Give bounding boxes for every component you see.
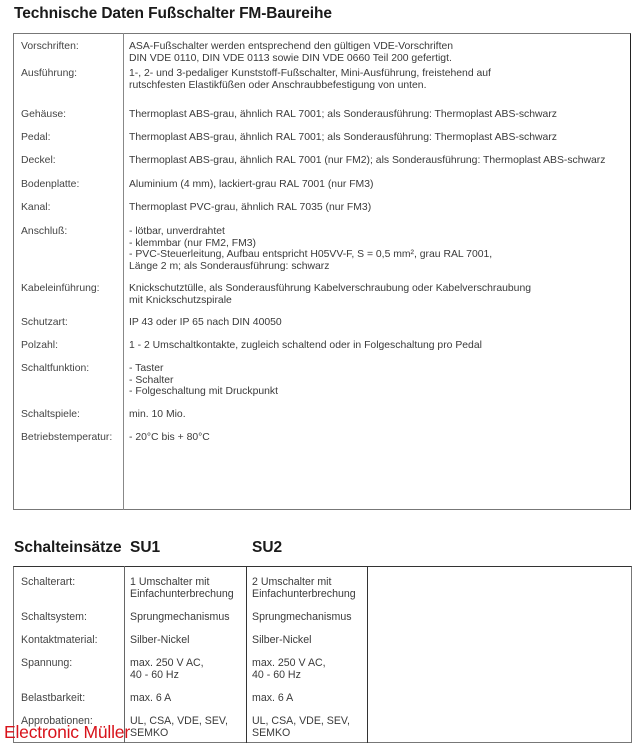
inserts-divider-1 [124,566,125,743]
spec-label: Betriebstemperatur: [21,432,112,444]
spec-value: Thermoplast PVC-grau, ähnlich RAL 7035 (… [129,202,629,214]
page-title: Technische Daten Fußschalter FM-Baureihe [14,5,332,23]
insert-su1-value: 1 Umschalter mit Einfachunterbrechung [130,577,245,600]
insert-su1-value: Silber-Nickel [130,635,245,647]
inserts-divider-2 [246,566,247,743]
spec-value: Thermoplast ABS-grau, ähnlich RAL 7001; … [129,132,629,144]
inserts-divider-3 [367,566,368,743]
spec-value: - Taster - Schalter - Folgeschaltung mit… [129,363,629,398]
insert-su1-value: Sprungmechanismus [130,612,245,624]
insert-su1-value: max. 250 V AC, 40 - 60 Hz [130,658,245,681]
spec-label: Polzahl: [21,340,58,352]
spec-value: 1-, 2- und 3-pedaliger Kunststoff-Fußsch… [129,68,629,91]
spec-label: Schaltfunktion: [21,363,89,375]
spec-label: Pedal: [21,132,50,144]
spec-value: - lötbar, unverdrahtet - klemmbar (nur F… [129,226,629,272]
spec-label: Kabeleinführung: [21,283,100,295]
spec-label: Bodenplatte: [21,179,79,191]
spec-label: Deckel: [21,155,56,167]
spec-label: Kanal: [21,202,50,214]
insert-label: Kontaktmaterial: [21,635,98,647]
spec-value: ASA-Fußschalter werden entsprechend den … [129,41,629,64]
insert-label: Schalterart: [21,577,75,589]
insert-label: Schaltsystem: [21,612,87,624]
insert-su2-value: Silber-Nickel [252,635,367,647]
inserts-column-su2: SU2 [252,539,282,557]
spec-value: min. 10 Mio. [129,409,629,421]
inserts-column-su1: SU1 [130,539,160,557]
insert-su2-value: 2 Umschalter mit Einfachunterbrechung [252,577,367,600]
spec-label: Schutzart: [21,317,68,329]
spec-value: IP 43 oder IP 65 nach DIN 40050 [129,317,629,329]
spec-value: Thermoplast ABS-grau, ähnlich RAL 7001 (… [129,155,629,167]
spec-label: Anschluß: [21,226,67,238]
spec-value: Thermoplast ABS-grau, ähnlich RAL 7001; … [129,109,629,121]
spec-value: - 20°C bis + 80°C [129,432,629,444]
insert-su1-value: UL, CSA, VDE, SEV, SEMKO [130,716,245,739]
spec-value: 1 - 2 Umschaltkontakte, zugleich schalte… [129,340,629,352]
insert-su1-value: max. 6 A [130,693,245,705]
spec-label: Schaltspiele: [21,409,80,421]
spec-value: Aluminium (4 mm), lackiert-grau RAL 7001… [129,179,629,191]
inserts-heading: Schalteinsätze [14,539,122,557]
spec-value: Knickschutztülle, als Sonderausführung K… [129,283,629,306]
spec-label: Ausführung: [21,68,77,80]
spec-label: Vorschriften: [21,41,79,53]
insert-label: Belastbarkeit: [21,693,85,705]
insert-su2-value: Sprungmechanismus [252,612,367,624]
insert-label: Spannung: [21,658,72,670]
insert-su2-value: UL, CSA, VDE, SEV, SEMKO [252,716,367,739]
insert-su2-value: max. 6 A [252,693,367,705]
insert-su2-value: max. 250 V AC, 40 - 60 Hz [252,658,367,681]
spec-label: Gehäuse: [21,109,66,121]
specs-column-divider [123,33,124,510]
watermark: Electronic Müller [4,722,130,743]
